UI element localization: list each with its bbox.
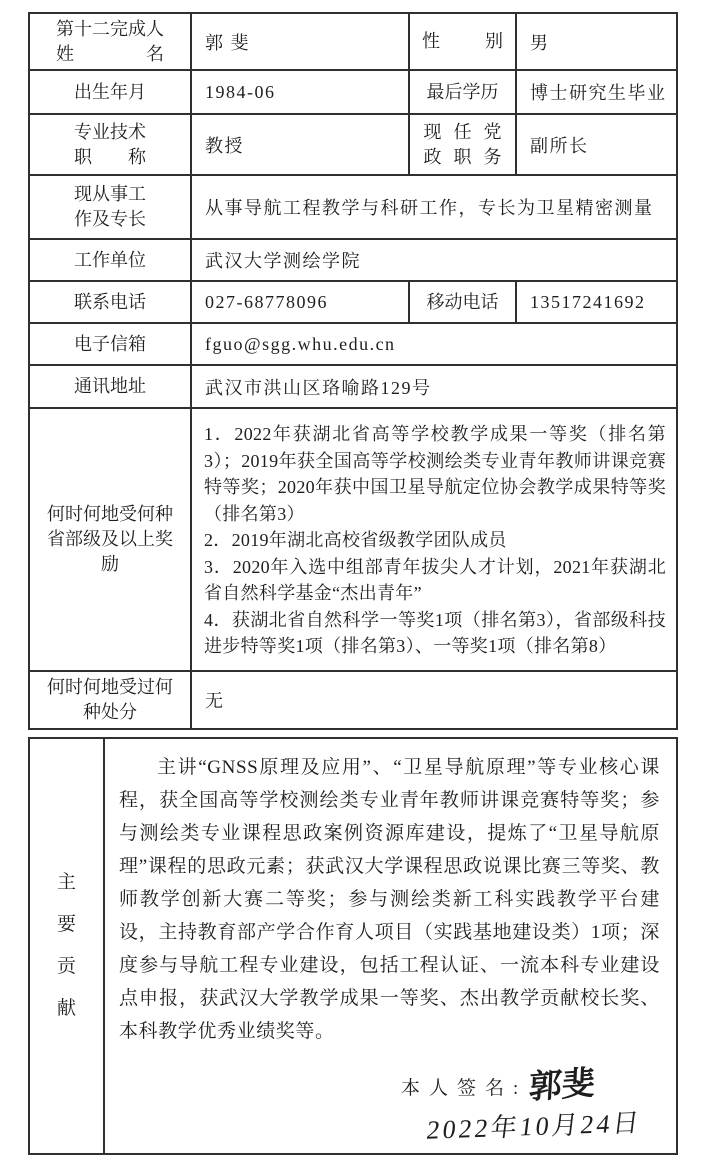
table-row: 现从事工 作及专长 从事导航工程教学与科研工作，专长为卫星精密测量 (29, 175, 677, 239)
label-line: 现任党 (424, 120, 502, 145)
employer-label: 工作单位 (29, 239, 191, 281)
label-line: 政职务 (424, 145, 502, 170)
education-label: 最后学历 (409, 70, 516, 114)
personnel-info-table: 第十二完成人 姓名 郭 斐 性别 男 出生年月 1984-06 最后学历 博士研… (28, 12, 678, 730)
title-value: 教授 (191, 114, 409, 175)
punishment-value: 无 (191, 671, 677, 729)
award-item: 3．2020年入选中组部青年拔尖人才计划，2021年获湖北省自然科学基金“杰出青… (204, 554, 666, 607)
birth-date-value: 1984-06 (191, 70, 409, 114)
table-row: 联系电话 027-68778096 移动电话 13517241692 (29, 281, 677, 323)
handwritten-signature: 郭斐 (528, 1057, 596, 1109)
handwritten-date: 2022年10月24日 (425, 1102, 644, 1147)
label-line: 姓名 (56, 42, 164, 67)
table-row: 第十二完成人 姓名 郭 斐 性别 男 (29, 13, 677, 70)
mobile-label: 移动电话 (409, 281, 516, 323)
signature-label: 本人签名: (401, 1073, 527, 1106)
contribution-text: 主讲“GNSS原理及应用”、“卫星导航原理”等专业核心课程，获全国高等学校测绘类… (105, 739, 676, 1048)
address-value: 武汉市洪山区珞喻路129号 (191, 365, 677, 408)
table-row: 专业技术 职称 教授 现任党 政职务 副所长 (29, 114, 677, 175)
awards-value-cell: 1．2022年获湖北省高等学校教学成果一等奖（排名第3）；2019年获全国高等学… (191, 408, 677, 671)
current-work-value: 从事导航工程教学与科研工作，专长为卫星精密测量 (191, 175, 677, 239)
completer-name-value: 郭 斐 (191, 13, 409, 70)
current-work-label-cell: 现从事工 作及专长 (29, 175, 191, 239)
contribution-label-cell: 主要贡献 (29, 738, 104, 1154)
award-item: 2．2019年湖北高校省级教学团队成员 (204, 527, 666, 554)
punishment-label: 何时何地受过何种处分 (46, 675, 174, 725)
table-row: 主要贡献 主讲“GNSS原理及应用”、“卫星导航原理”等专业核心课程，获全国高等… (29, 738, 677, 1154)
table-row: 通讯地址 武汉市洪山区珞喻路129号 (29, 365, 677, 408)
signature-date-line: 2022年10月24日 (401, 1106, 642, 1143)
contribution-content-cell: 主讲“GNSS原理及应用”、“卫星导航原理”等专业核心课程，获全国高等学校测绘类… (104, 738, 677, 1154)
education-value: 博士研究生毕业 (516, 70, 677, 114)
employer-value: 武汉大学测绘学院 (191, 239, 677, 281)
label-line: 性别 (422, 29, 503, 54)
mobile-value: 13517241692 (516, 281, 677, 323)
label-line: 专业技术 (32, 120, 188, 145)
contribution-label: 主要贡献 (56, 862, 77, 1030)
position-label-cell: 现任党 政职务 (409, 114, 516, 175)
signature-block: 本人签名: 郭斐 2022年10月24日 (401, 1059, 642, 1143)
email-value: fguo@sgg.whu.edu.cn (191, 323, 677, 365)
awards-label: 何时何地受何种省部级及以上奖励 (46, 502, 174, 577)
label-line: 第十二完成人 (32, 17, 188, 42)
main-contribution-table: 主要贡献 主讲“GNSS原理及应用”、“卫星导航原理”等专业核心课程，获全国高等… (28, 737, 678, 1155)
phone-value: 027-68778096 (191, 281, 409, 323)
birth-date-label: 出生年月 (29, 70, 191, 114)
awards-label-cell: 何时何地受何种省部级及以上奖励 (29, 408, 191, 671)
award-item: 1．2022年获湖北省高等学校教学成果一等奖（排名第3）；2019年获全国高等学… (204, 421, 666, 527)
table-row: 电子信箱 fguo@sgg.whu.edu.cn (29, 323, 677, 365)
gender-label-cell: 性别 (409, 13, 516, 70)
label-line: 职称 (74, 145, 146, 170)
position-value: 副所长 (516, 114, 677, 175)
address-label: 通讯地址 (29, 365, 191, 408)
label-line: 现从事工 (32, 182, 188, 207)
title-label-cell: 专业技术 职称 (29, 114, 191, 175)
email-label: 电子信箱 (29, 323, 191, 365)
gender-value: 男 (516, 13, 677, 70)
phone-label: 联系电话 (29, 281, 191, 323)
signature-line: 本人签名: 郭斐 (401, 1059, 642, 1106)
completer-name-label-cell: 第十二完成人 姓名 (29, 13, 191, 70)
table-row: 何时何地受过何种处分 无 (29, 671, 677, 729)
punishment-label-cell: 何时何地受过何种处分 (29, 671, 191, 729)
scanned-personnel-form-page: 第十二完成人 姓名 郭 斐 性别 男 出生年月 1984-06 最后学历 博士研… (0, 0, 702, 1166)
table-row: 何时何地受何种省部级及以上奖励 1．2022年获湖北省高等学校教学成果一等奖（排… (29, 408, 677, 671)
label-line: 作及专长 (32, 207, 188, 232)
table-row: 出生年月 1984-06 最后学历 博士研究生毕业 (29, 70, 677, 114)
award-item: 4．获湖北省自然科学一等奖1项（排名第3），省部级科技进步特等奖1项（排名第3）… (204, 607, 666, 660)
table-row: 工作单位 武汉大学测绘学院 (29, 239, 677, 281)
